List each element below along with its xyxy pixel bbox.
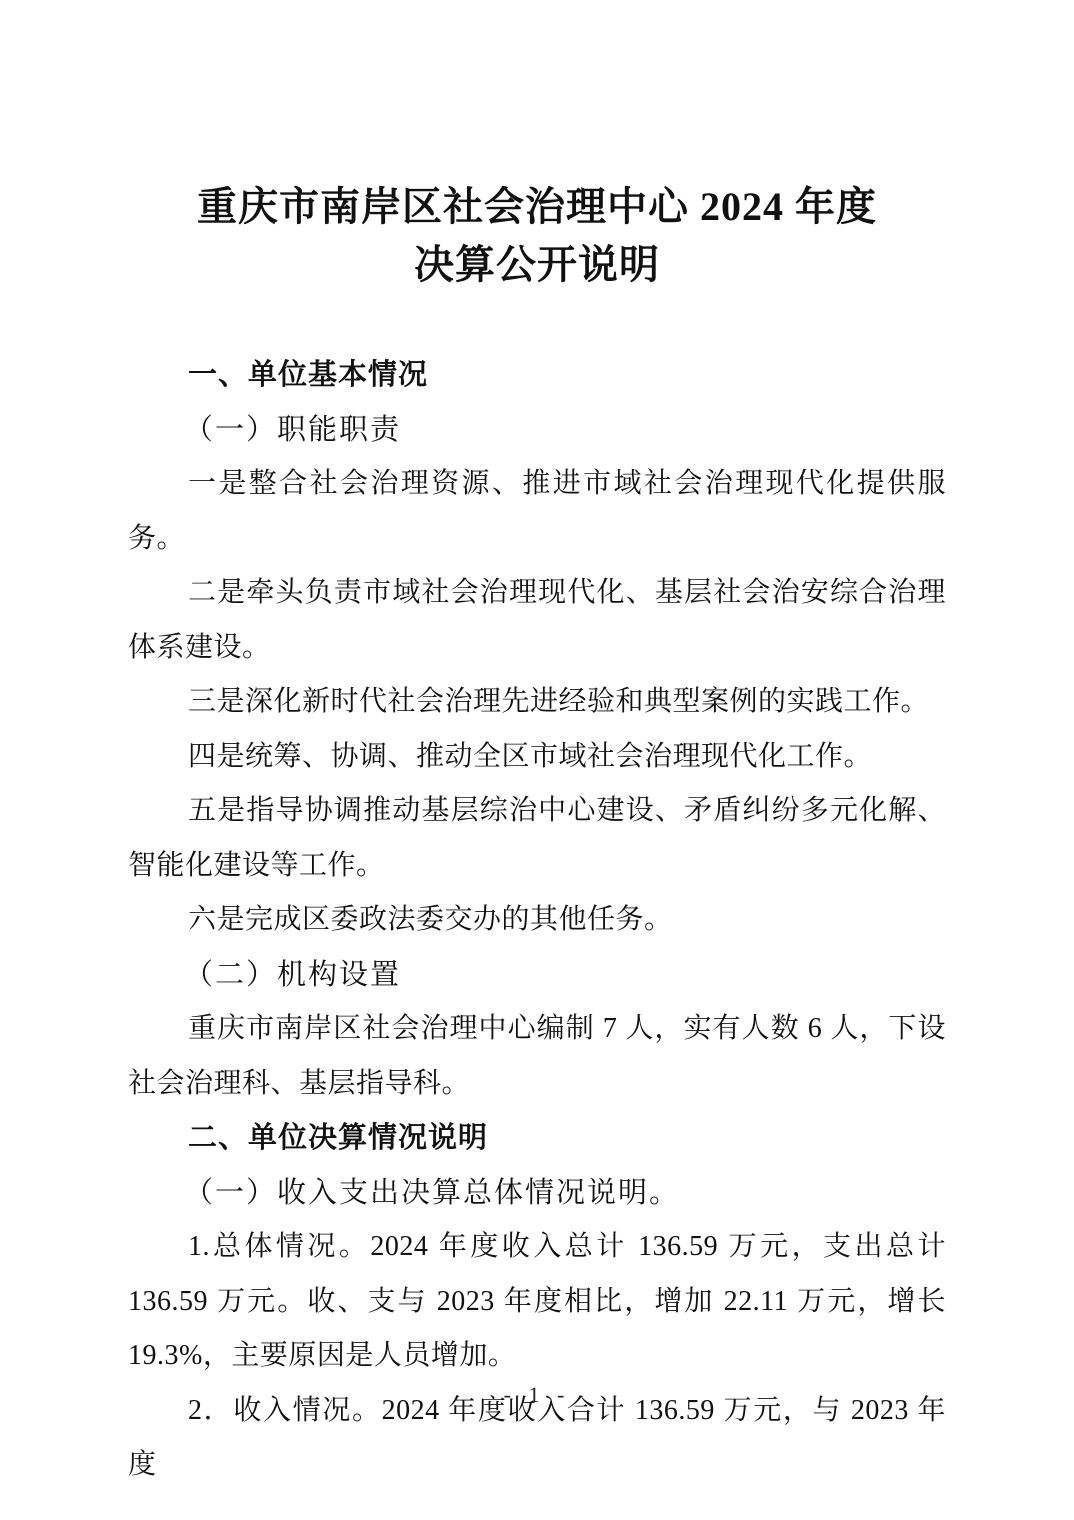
section-heading-1: 一、单位基本情况 xyxy=(128,348,946,403)
page-number: - 1 - xyxy=(0,1382,1074,1408)
paragraph-overall-situation: 1.总体情况。2024 年度收入总计 136.59 万元，支出总计 136.59… xyxy=(128,1220,946,1384)
subsection-heading-1-1: （一）职能职责 xyxy=(128,403,946,458)
document-title-line2: 决算公开说明 xyxy=(128,236,946,294)
paragraph-duty-5: 五是指导协调推动基层综治中心建设、矛盾纠纷多元化解、智能化建设等工作。 xyxy=(128,784,946,893)
document-page: 重庆市南岸区社会治理中心 2024 年度 决算公开说明 一、单位基本情况 （一）… xyxy=(0,0,1074,1520)
document-title-line1: 重庆市南岸区社会治理中心 2024 年度 xyxy=(128,178,946,236)
section-heading-2: 二、单位决算情况说明 xyxy=(128,1111,946,1166)
subsection-heading-2-1: （一）收入支出决算总体情况说明。 xyxy=(128,1166,946,1221)
paragraph-duty-3: 三是深化新时代社会治理先进经验和典型案例的实践工作。 xyxy=(128,675,946,730)
document-content: 重庆市南岸区社会治理中心 2024 年度 决算公开说明 一、单位基本情况 （一）… xyxy=(128,178,946,1493)
paragraph-duty-1: 一是整合社会治理资源、推进市域社会治理现代化提供服务。 xyxy=(128,457,946,566)
subsection-heading-1-2: （二）机构设置 xyxy=(128,948,946,1003)
document-title: 重庆市南岸区社会治理中心 2024 年度 决算公开说明 xyxy=(128,178,946,294)
paragraph-duty-2: 二是牵头负责市域社会治理现代化、基层社会治安综合治理体系建设。 xyxy=(128,566,946,675)
paragraph-duty-6: 六是完成区委政法委交办的其他任务。 xyxy=(128,893,946,948)
paragraph-org-setup: 重庆市南岸区社会治理中心编制 7 人，实有人数 6 人，下设社会治理科、基层指导… xyxy=(128,1002,946,1111)
paragraph-duty-4: 四是统筹、协调、推动全区市域社会治理现代化工作。 xyxy=(128,730,946,785)
